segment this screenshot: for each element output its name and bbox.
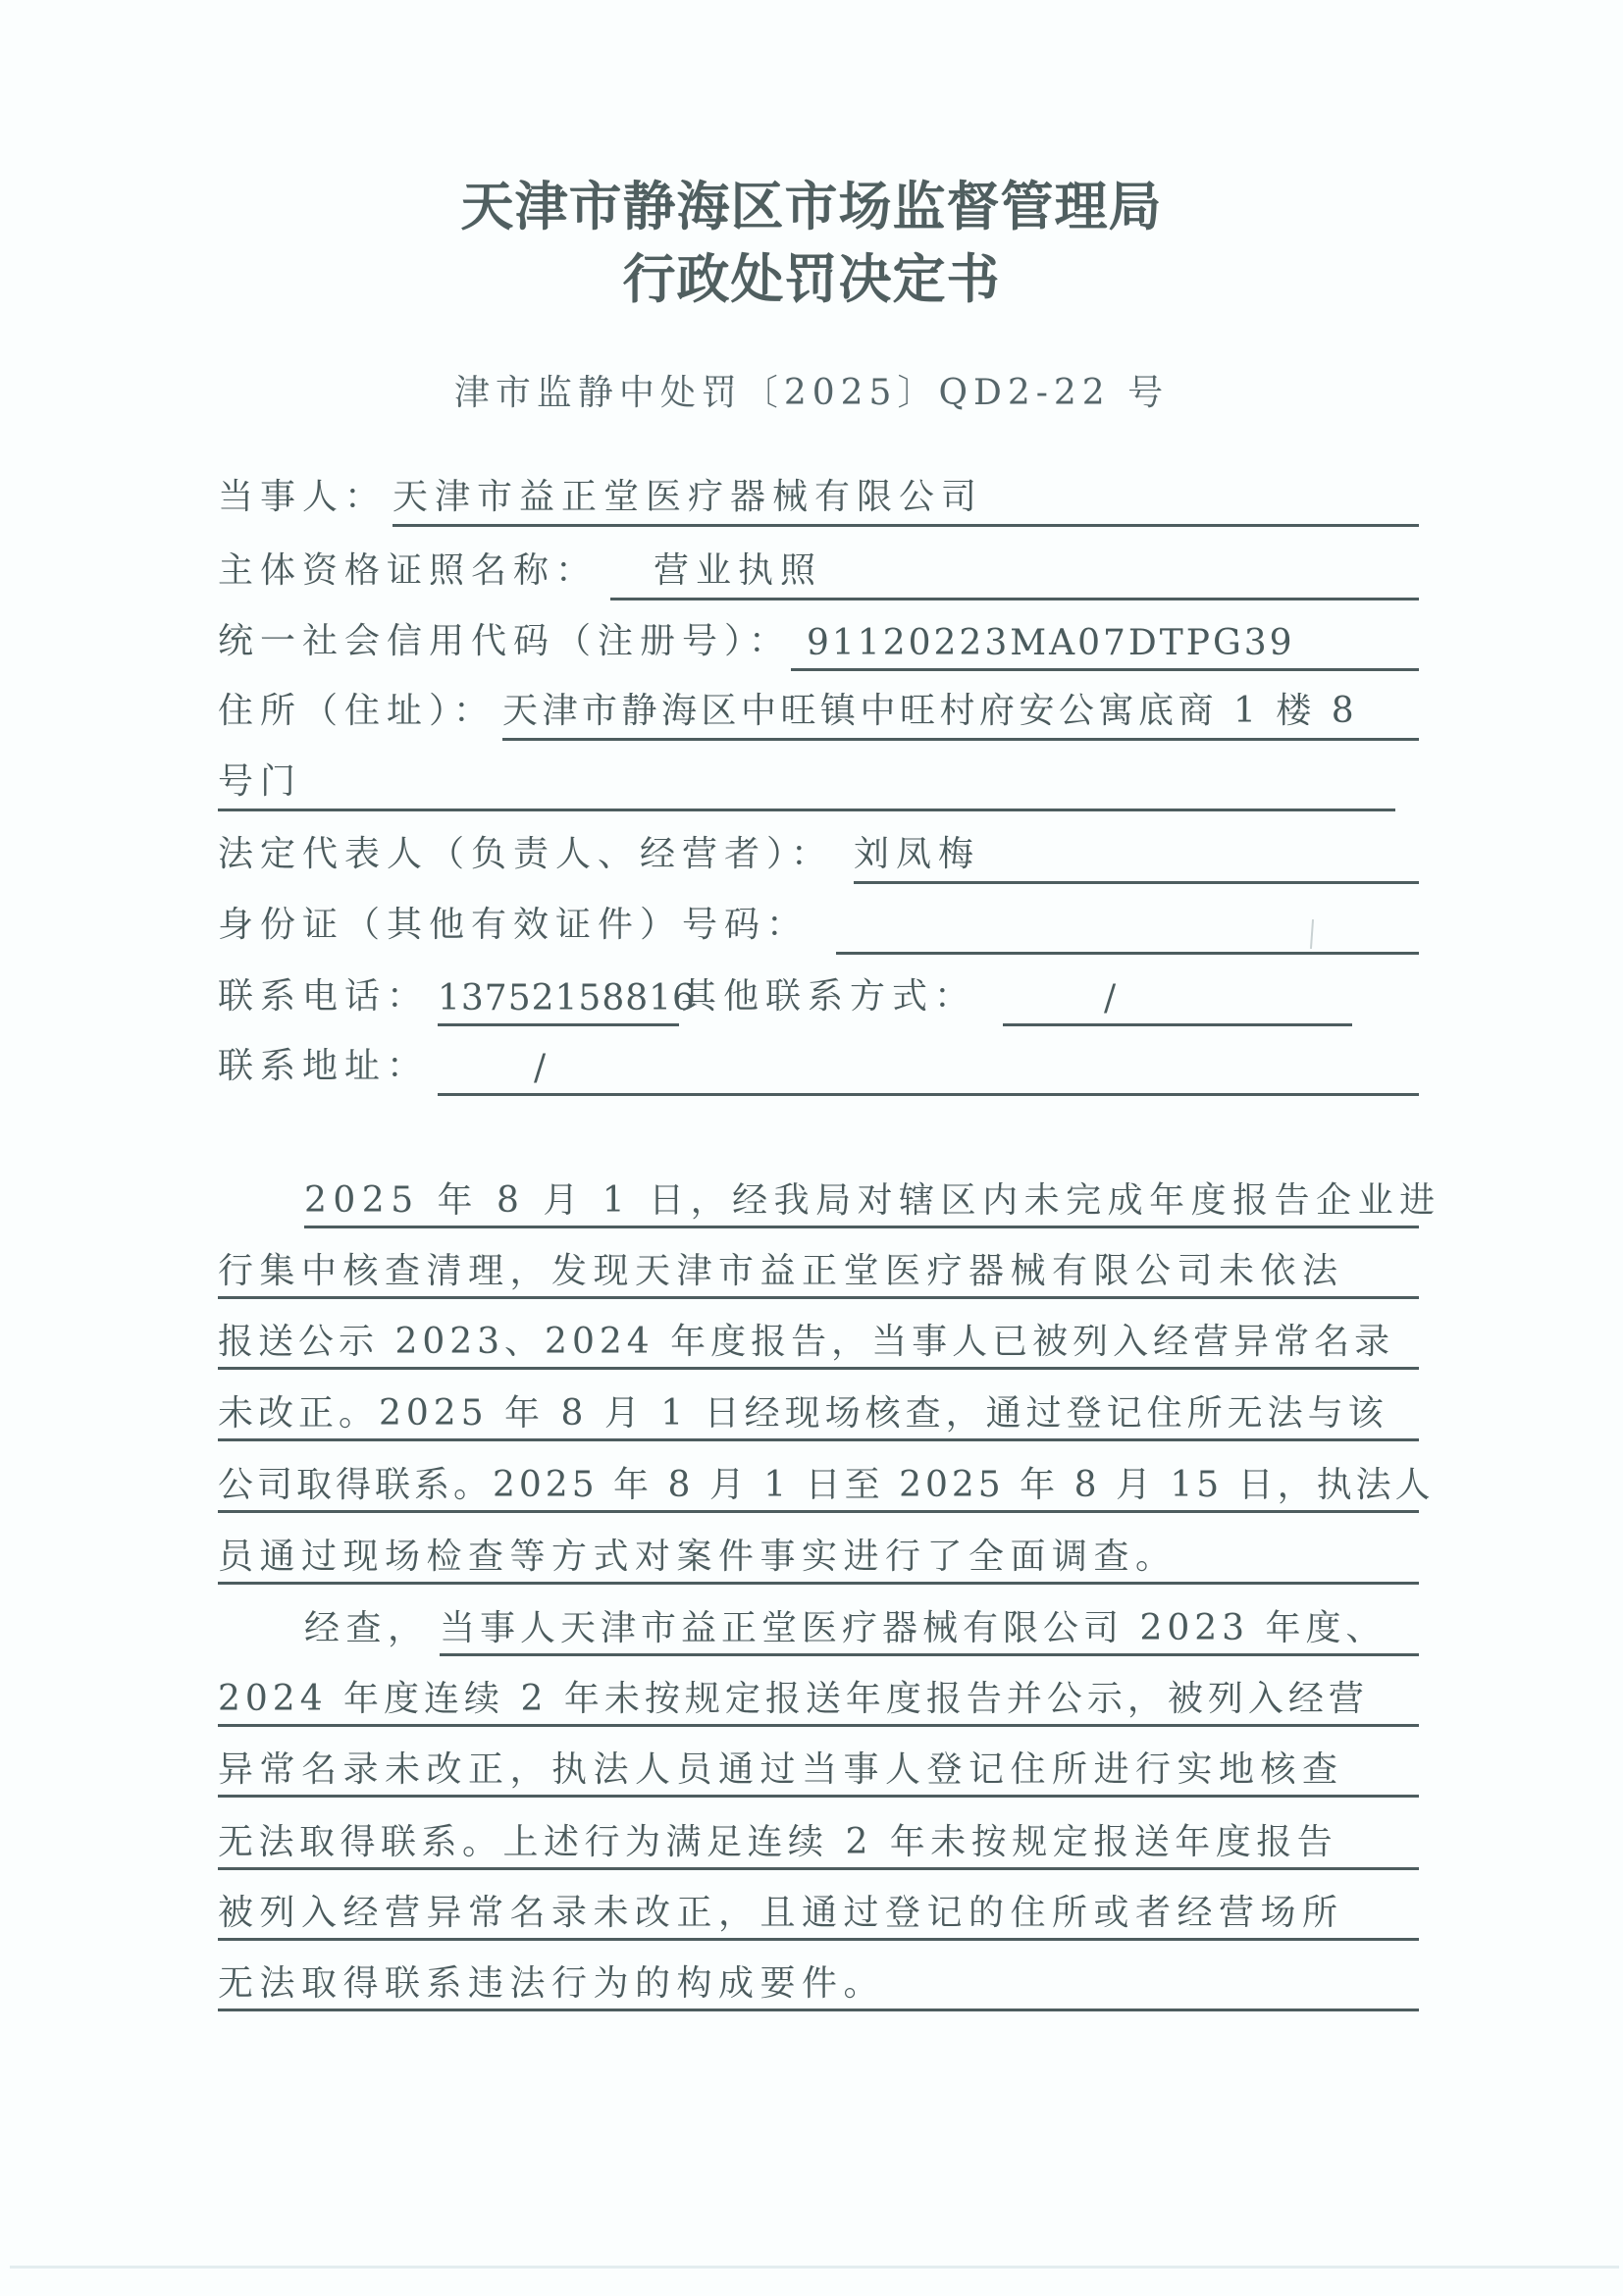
document-title-type: 行政处罚决定书	[0, 237, 1623, 313]
contact-address-value: /	[534, 1048, 552, 1088]
paragraph-1-line-2: 行集中核查清理，发现天津市益正堂医疗器械有限公司未依法	[218, 1238, 1419, 1299]
paragraph-2-lead: 经查，	[304, 1600, 430, 1650]
id-number-underline	[836, 952, 1419, 955]
paragraph-2-line-2: 2024 年度连续 2 年未按规定报送年度报告并公示，被列入经营	[218, 1666, 1419, 1727]
phone-row: 联系电话： 13752158816 其他联系方式： /	[218, 971, 1419, 1026]
credit-code-row: 统一社会信用代码（注册号）： 91120223MA07DTPG39	[218, 616, 1419, 671]
paragraph-1-line-1: 2025 年 8 月 1 日，经我局对辖区内未完成年度报告企业进	[218, 1168, 1419, 1228]
party-row: 当事人： 天津市益正堂医疗器械有限公司	[218, 472, 1419, 527]
document-number: 津市监静中处罚〔2025〕QD2-22 号	[0, 365, 1623, 415]
party-value: 天津市益正堂医疗器械有限公司	[393, 469, 983, 519]
legal-rep-label: 法定代表人（负责人、经营者）：	[218, 826, 833, 876]
address-underline-1	[502, 738, 1419, 741]
address-row: 住所（住址）： 天津市静海区中旺镇中旺村府安公寓底商 1 楼 8	[218, 686, 1419, 741]
paragraph-2-line-3: 异常名录未改正，执法人员通过当事人登记住所进行实地核查	[218, 1737, 1419, 1798]
scan-edge-line	[10, 2266, 1619, 2269]
id-number-label: 身份证（其他有效证件）号码：	[218, 897, 809, 947]
contact-address-row: 联系地址： /	[218, 1041, 1419, 1096]
party-underline	[393, 524, 1419, 527]
address-underline-2	[218, 809, 1395, 811]
license-name-label: 主体资格证照名称：	[218, 543, 598, 593]
address-value-line1: 天津市静海区中旺镇中旺村府安公寓底商 1 楼 8	[502, 683, 1358, 733]
phone-underline	[438, 1023, 679, 1026]
paragraph-2-line-5: 被列入经营异常名录未改正，且通过登记的住所或者经营场所	[218, 1880, 1419, 1941]
paragraph-2-line-1: 经查， 当事人天津市益正堂医疗器械有限公司 2023 年度、	[218, 1595, 1419, 1656]
address-label: 住所（住址）：	[218, 683, 496, 733]
credit-code-label: 统一社会信用代码（注册号）：	[218, 613, 791, 663]
paragraph-1-line-4: 未改正。2025 年 8 月 1 日经现场核查，通过登记住所无法与该	[218, 1381, 1419, 1441]
license-name-row: 主体资格证照名称： 营业执照	[218, 546, 1419, 600]
legal-rep-underline	[854, 881, 1419, 884]
party-label: 当事人：	[218, 469, 387, 519]
license-name-value: 营业执照	[654, 543, 822, 593]
other-contact-value: /	[1104, 978, 1123, 1018]
document-title-agency: 天津市静海区市场监督管理局	[0, 165, 1623, 240]
other-contact-label: 其他联系方式：	[681, 968, 976, 1018]
legal-rep-row: 法定代表人（负责人、经营者）： 刘凤梅	[218, 829, 1419, 884]
phone-value: 13752158816	[438, 978, 696, 1018]
address-value-line2: 号门	[218, 754, 302, 804]
license-name-underline	[610, 598, 1419, 600]
contact-address-label: 联系地址：	[218, 1038, 429, 1088]
id-number-row: 身份证（其他有效证件）号码：	[218, 900, 1419, 955]
paragraph-1-line-6: 员通过现场检查等方式对案件事实进行了全面调查。	[218, 1524, 1419, 1585]
address-continuation-row: 号门	[218, 757, 1419, 811]
paragraph-2-line-6: 无法取得联系违法行为的构成要件。	[218, 1951, 1419, 2011]
credit-code-underline	[791, 668, 1419, 671]
paragraph-1-line-3: 报送公示 2023、2024 年度报告，当事人已被列入经营异常名录	[218, 1309, 1419, 1370]
contact-address-underline	[438, 1093, 1419, 1096]
paragraph-2-line-4: 无法取得联系。上述行为满足连续 2 年未按规定报送年度报告	[218, 1809, 1419, 1870]
credit-code-value: 91120223MA07DTPG39	[807, 623, 1295, 663]
redaction-mark	[1310, 919, 1314, 949]
other-contact-underline	[1003, 1023, 1352, 1026]
paragraph-1-line-5: 公司取得联系。2025 年 8 月 1 日至 2025 年 8 月 15 日，执…	[218, 1452, 1419, 1513]
legal-rep-value: 刘凤梅	[854, 826, 980, 876]
phone-label: 联系电话：	[218, 968, 429, 1018]
